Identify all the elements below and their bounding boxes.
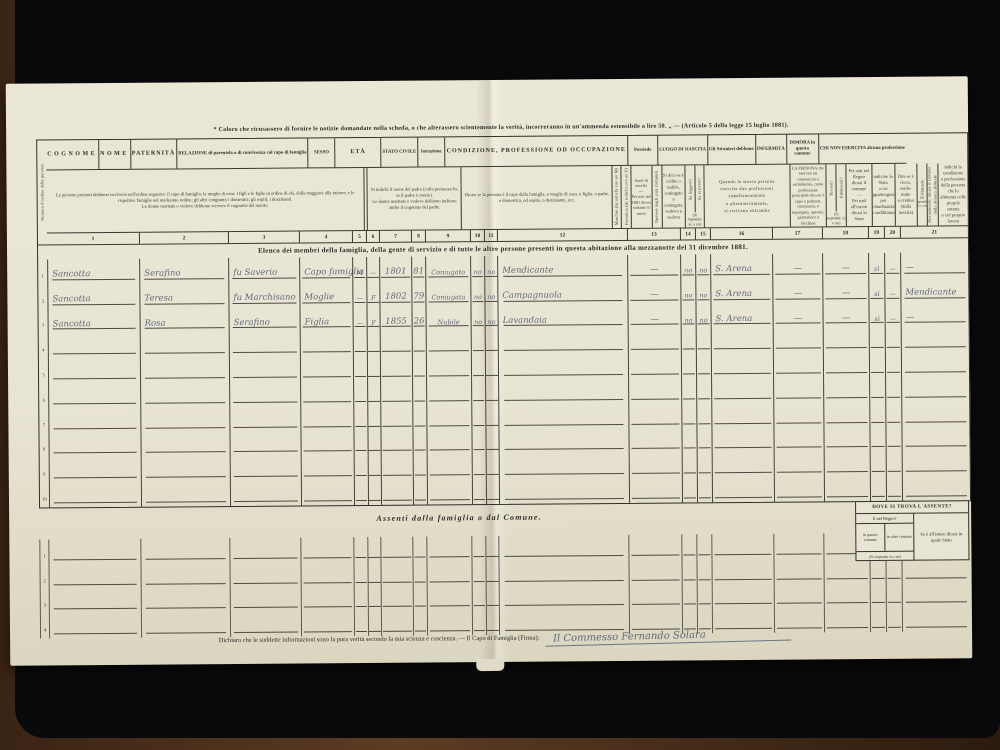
cell-occasionale: — bbox=[884, 253, 900, 278]
altro-comune-label: in altro comune bbox=[884, 524, 913, 551]
cell-legge: no bbox=[470, 256, 484, 281]
column-number: 14 bbox=[680, 228, 695, 239]
cell-nascita bbox=[711, 427, 773, 452]
cell-occasionale: — bbox=[884, 278, 900, 303]
column-header-eta: ETÀ bbox=[334, 138, 380, 168]
cell-chi_non bbox=[902, 451, 970, 476]
cell-relazione bbox=[300, 431, 353, 456]
cell-fabbricati bbox=[696, 353, 711, 378]
cell-stato bbox=[427, 479, 472, 504]
column-number: 18 bbox=[822, 227, 868, 238]
cell-abituale bbox=[870, 582, 886, 607]
cell-m bbox=[353, 562, 367, 587]
cell-anno: 1855 bbox=[379, 306, 411, 331]
cell-stato: Coniugata bbox=[425, 281, 470, 306]
cell-anni bbox=[413, 480, 427, 505]
cell-straniero bbox=[773, 377, 823, 402]
sa-leggere-label: Sa leggere? bbox=[687, 178, 693, 200]
cell-paternita: fu Saverio bbox=[228, 257, 299, 282]
cell-relazione: Capo famiglia bbox=[299, 257, 352, 282]
cell-professione bbox=[498, 428, 628, 454]
cell-professione bbox=[498, 404, 628, 430]
cell-n: 3 bbox=[40, 589, 49, 614]
cell-nome bbox=[140, 407, 229, 432]
cell-professione: Mendicante bbox=[497, 255, 627, 281]
cell-chi_non: Mendicante bbox=[900, 277, 968, 302]
cell-fabbricati bbox=[696, 329, 711, 354]
cell-nome: Rosa bbox=[139, 308, 228, 333]
cell-m bbox=[354, 587, 368, 612]
cell-chi_non bbox=[901, 327, 969, 352]
dimora-nota: (Si risponda: sì, o no) bbox=[917, 196, 927, 209]
dove-nota: (Si risponda sì o no) bbox=[856, 551, 913, 561]
penalty-note: * Coloro che ricusassero di fornire le n… bbox=[106, 121, 896, 134]
column-number: 4 bbox=[299, 231, 352, 242]
column-number: 6 bbox=[366, 231, 379, 242]
cell-relazione: Moglie bbox=[299, 282, 352, 307]
column-number: 9 bbox=[425, 230, 470, 241]
cell-straniero bbox=[773, 353, 823, 378]
cell-fabbricati: no bbox=[695, 254, 710, 279]
cell-nome bbox=[140, 432, 229, 457]
column-header-possiede: Possiede bbox=[627, 136, 657, 166]
cell-stato bbox=[426, 405, 471, 430]
regno-label: È nel Regno? bbox=[856, 514, 913, 524]
column-number: 5 bbox=[352, 231, 366, 242]
cell-relazione bbox=[301, 480, 354, 505]
cell-cognome: Sancotta bbox=[47, 308, 139, 334]
cell-f: F bbox=[366, 282, 379, 307]
cell-fabbricati bbox=[696, 534, 711, 559]
cell-anni bbox=[412, 536, 426, 561]
questo-comune-label: in questo comune bbox=[856, 524, 884, 551]
cell-legge bbox=[471, 430, 485, 455]
stato-civile-instructions: Si dica se è celibe o nubile, coniugato … bbox=[663, 173, 684, 221]
cell-fabbricati bbox=[696, 559, 711, 584]
cell-relazione bbox=[301, 587, 354, 612]
declaration-text: Dichiaro che le suddette informazioni so… bbox=[219, 635, 540, 645]
cell-nascita: S. Arena bbox=[710, 254, 772, 279]
cell-infermita bbox=[824, 583, 870, 608]
cell-anno bbox=[380, 537, 412, 562]
column-header-istruzione: Istruzione bbox=[417, 137, 444, 167]
column-number: 10 bbox=[470, 230, 484, 241]
column-header-chi-non-esercita: CHI NON ESERCITA alcuna professione bbox=[818, 134, 906, 165]
cell-legge bbox=[472, 454, 486, 479]
la-persona-instructions: LA PERSONA che esercita un commercio o u… bbox=[790, 165, 825, 225]
cell-nascita bbox=[711, 403, 773, 428]
cell-cognome bbox=[49, 588, 141, 614]
cell-chi_non bbox=[902, 582, 970, 607]
cell-relazione bbox=[300, 356, 353, 381]
cell-anno: 1801 bbox=[379, 257, 411, 282]
cell-m: — bbox=[352, 307, 366, 332]
column-header-relazione: RELAZIONE di parentela o di convivenza c… bbox=[176, 138, 307, 169]
cell-straniero: — bbox=[772, 303, 822, 328]
cell-legge: no bbox=[470, 306, 484, 331]
cell-terreni bbox=[681, 354, 696, 379]
column-header-luogo-nascita: LUOGO DI NASCITA bbox=[657, 135, 707, 165]
cell-occasionale bbox=[885, 377, 901, 402]
cell-straniero bbox=[773, 328, 823, 353]
absent-location-box: DOVE SI TROVA L'ASSENTE? È nel Regno? in… bbox=[855, 500, 969, 561]
cell-relazione bbox=[300, 331, 353, 356]
cell-legge bbox=[471, 380, 485, 405]
cell-f bbox=[368, 586, 381, 611]
cell-anno bbox=[381, 586, 413, 611]
cell-nascita: S. Arena bbox=[710, 303, 772, 328]
cell-anni: 79 bbox=[411, 281, 425, 306]
infermita-instructions: Dire se è cieco, sordo-muto o cretino (d… bbox=[896, 174, 915, 216]
cell-n: 8 bbox=[39, 433, 48, 458]
estero-label: Se è all'estero dicasi in quale Stato bbox=[914, 513, 968, 560]
cell-anno bbox=[380, 405, 412, 430]
cell-stato bbox=[426, 561, 471, 586]
cell-f bbox=[367, 562, 380, 587]
cell-paternita bbox=[229, 431, 300, 456]
cell-n: 2 bbox=[38, 284, 47, 309]
cell-f bbox=[367, 381, 380, 406]
column-header-nome: NOME bbox=[98, 140, 130, 170]
cell-straniero bbox=[774, 477, 824, 502]
cell-scrive bbox=[485, 405, 498, 430]
column-number: 20 bbox=[884, 227, 900, 238]
cell-nascita bbox=[711, 378, 773, 403]
cell-persona bbox=[628, 378, 681, 403]
cell-infermita bbox=[823, 327, 869, 352]
cell-m bbox=[353, 331, 367, 356]
cell-straniero bbox=[774, 583, 824, 608]
cell-chi_non: — bbox=[900, 302, 968, 327]
cell-n: 7 bbox=[39, 408, 48, 433]
cell-nascita bbox=[711, 559, 773, 584]
cell-anno: 1802 bbox=[379, 281, 411, 306]
cell-straniero bbox=[773, 533, 823, 558]
cell-occasionale: — bbox=[884, 302, 900, 327]
cell-anno bbox=[380, 381, 412, 406]
cell-m bbox=[354, 480, 368, 505]
cell-paternita bbox=[230, 456, 301, 481]
cell-terreni bbox=[681, 428, 696, 453]
cell-cognome bbox=[49, 482, 141, 508]
cell-paternita bbox=[229, 357, 300, 382]
cell-persona bbox=[628, 559, 681, 584]
cell-occasionale bbox=[885, 426, 901, 451]
cell-stato: Coniugato bbox=[425, 256, 470, 281]
cell-fabbricati bbox=[697, 453, 712, 478]
cell-infermita: — bbox=[822, 303, 868, 328]
sesso-maschio-label: Maschio (Si indichi con un M) bbox=[614, 168, 620, 225]
cell-scrive bbox=[485, 430, 498, 455]
cell-nascita bbox=[712, 452, 774, 477]
cell-legge bbox=[472, 479, 486, 504]
cell-anni: 81 bbox=[411, 256, 425, 281]
cell-paternita bbox=[229, 406, 300, 431]
column-header-cognome: COGNOME bbox=[46, 140, 98, 170]
cell-n: 4 bbox=[39, 334, 48, 359]
cell-n: 6 bbox=[39, 383, 48, 408]
cell-n: 1 bbox=[39, 539, 48, 564]
cell-m: M bbox=[352, 257, 366, 282]
cell-paternita bbox=[230, 481, 301, 506]
cell-chi_non: — bbox=[900, 252, 968, 277]
cell-anni: 26 bbox=[411, 306, 425, 331]
cell-abituale bbox=[870, 476, 886, 501]
cell-anni bbox=[412, 430, 426, 455]
cell-fabbricati bbox=[696, 403, 711, 428]
cell-terreni bbox=[681, 329, 696, 354]
cell-fabbricati bbox=[696, 428, 711, 453]
cell-scrive bbox=[485, 536, 498, 561]
signature: Il Commesso Fernando Solara bbox=[545, 627, 791, 646]
column-number: 21 bbox=[900, 226, 968, 238]
luogo-instructions: Pei nati nel Regno dicasi il comune — Pe… bbox=[848, 168, 871, 222]
cell-infermita: — bbox=[822, 278, 868, 303]
relazione-instructions: Dicasi se la persona è il capo della fam… bbox=[463, 191, 611, 204]
cell-scrive: no bbox=[484, 256, 497, 281]
cell-nome bbox=[141, 481, 230, 506]
cell-terreni bbox=[681, 378, 696, 403]
cell-persona bbox=[629, 453, 682, 478]
column-header-condizione: CONDIZIONE, PROFESSIONE OD OCCUPAZIONE bbox=[444, 136, 627, 167]
cell-chi_non bbox=[901, 426, 969, 451]
cell-persona bbox=[628, 428, 681, 453]
cell-legge: no bbox=[470, 281, 484, 306]
cell-anni bbox=[413, 455, 427, 480]
cell-professione bbox=[499, 585, 629, 611]
cell-terreni: no bbox=[680, 279, 695, 304]
cell-cognome: Sancotta bbox=[47, 259, 139, 285]
cell-relazione: Figlia bbox=[299, 307, 352, 332]
cell-stato bbox=[427, 586, 472, 611]
cell-persona bbox=[628, 354, 681, 379]
cell-anni bbox=[412, 356, 426, 381]
cell-nascita bbox=[712, 477, 774, 502]
paternita-instructions: Si indichi il nome del padre (colla prem… bbox=[369, 186, 460, 211]
cell-anno bbox=[381, 455, 413, 480]
chi-non-instructions: indichi la condizione o professione dell… bbox=[940, 164, 967, 224]
cell-legge bbox=[471, 405, 485, 430]
cell-stato bbox=[426, 536, 471, 561]
cell-abituale bbox=[869, 426, 885, 451]
cell-legge bbox=[471, 561, 485, 586]
cell-scrive: no bbox=[484, 306, 497, 331]
cell-paternita: Serafino bbox=[228, 307, 299, 332]
cell-persona bbox=[629, 584, 682, 609]
cell-professione bbox=[499, 478, 629, 504]
cell-scrive bbox=[485, 380, 498, 405]
cell-cognome bbox=[48, 383, 140, 409]
cell-occasionale bbox=[886, 451, 902, 476]
cell-chi_non bbox=[902, 475, 970, 500]
cell-legge bbox=[471, 355, 485, 380]
cell-abituale bbox=[869, 402, 885, 427]
cell-occasionale bbox=[885, 327, 901, 352]
column-header-stranieri: Gli Stranieri debbono bbox=[707, 135, 755, 165]
cell-infermita bbox=[823, 402, 869, 427]
sesso-femmina-label: Femmina (Si indichi con un F) bbox=[623, 168, 629, 225]
cell-scrive bbox=[485, 330, 498, 355]
cell-scrive bbox=[486, 586, 499, 611]
cell-infermita: — bbox=[822, 253, 868, 278]
cell-paternita bbox=[229, 332, 300, 357]
cell-professione bbox=[499, 453, 629, 479]
cell-nome bbox=[141, 456, 230, 481]
cell-anni bbox=[412, 331, 426, 356]
cell-terreni: no bbox=[680, 304, 695, 329]
cell-scrive bbox=[485, 355, 498, 380]
cell-legge bbox=[472, 586, 486, 611]
column-header-stato-civile: STATO CIVILE bbox=[380, 138, 417, 168]
anno-nascita-label: Anno di nascita — Pei nati nel 1881 dice… bbox=[631, 178, 651, 216]
column-number: 16 bbox=[710, 228, 772, 239]
cell-cognome bbox=[48, 408, 140, 434]
cell-nome bbox=[140, 357, 229, 382]
cell-persona: — bbox=[627, 279, 680, 304]
cell-fabbricati: no bbox=[695, 279, 710, 304]
cell-relazione bbox=[301, 455, 354, 480]
column-number: 15 bbox=[695, 228, 710, 239]
column-number: 17 bbox=[772, 227, 822, 238]
cell-nome bbox=[141, 563, 230, 588]
cell-straniero bbox=[773, 558, 823, 583]
column-number: 19 bbox=[868, 227, 884, 238]
cell-stato bbox=[427, 455, 472, 480]
cell-anni bbox=[412, 561, 426, 586]
cell-f bbox=[368, 455, 381, 480]
cell-f bbox=[367, 356, 380, 381]
cell-m bbox=[353, 431, 367, 456]
cell-anni bbox=[412, 380, 426, 405]
table-header: Numero d'ordine delle persone COGNOME NO… bbox=[37, 133, 968, 244]
cell-chi_non bbox=[901, 557, 969, 582]
cell-relazione bbox=[300, 406, 353, 431]
assenti-caption: Assenti dalla famiglia o dal Comune. bbox=[39, 510, 879, 526]
istruzione-nota: (Si risponda: sì, o no) bbox=[686, 212, 703, 227]
cell-abituale bbox=[869, 327, 885, 352]
cell-abituale bbox=[869, 377, 885, 402]
cell-professione: Lavandaia bbox=[497, 305, 627, 331]
cell-nascita bbox=[712, 583, 774, 608]
sa-scrivere-label: Sa scrivere? bbox=[696, 177, 702, 200]
column-number: 1 bbox=[47, 233, 139, 245]
cell-relazione bbox=[300, 381, 353, 406]
cell-paternita bbox=[229, 537, 300, 562]
column-number: 3 bbox=[228, 231, 299, 243]
cell-nome: Serafino bbox=[139, 258, 228, 283]
cell-f bbox=[367, 331, 380, 356]
cell-abituale bbox=[869, 558, 885, 583]
cell-scrive bbox=[485, 561, 498, 586]
cell-m bbox=[353, 381, 367, 406]
cell-anno bbox=[381, 480, 413, 505]
cell-infermita bbox=[824, 476, 870, 501]
cell-n: 3 bbox=[39, 309, 48, 334]
cell-paternita bbox=[230, 587, 301, 612]
cell-anno bbox=[380, 561, 412, 586]
cell-persona: — bbox=[627, 254, 680, 279]
cell-infermita bbox=[823, 427, 869, 452]
photo-scene: * Coloro che ricusassero di fornire le n… bbox=[0, 0, 1000, 750]
cell-n: 1 bbox=[38, 259, 47, 284]
cell-f: F bbox=[366, 306, 379, 331]
cell-terreni bbox=[681, 559, 696, 584]
anni-compiuti-label: Numero degli anni compiuti bbox=[654, 170, 660, 223]
cell-scrive bbox=[486, 454, 499, 479]
fabbricati-label: Fabbricati? bbox=[838, 177, 844, 198]
cell-abituale: sì bbox=[868, 278, 884, 303]
cell-m bbox=[353, 537, 367, 562]
cell-legge bbox=[471, 330, 485, 355]
cell-scrive: no bbox=[484, 281, 497, 306]
cell-relazione bbox=[300, 562, 353, 587]
cell-paternita bbox=[229, 562, 300, 587]
cell-straniero bbox=[773, 427, 823, 452]
cell-occasionale bbox=[885, 402, 901, 427]
column-header-infermita: INFERMITÀ bbox=[755, 135, 786, 165]
cell-terreni bbox=[682, 584, 697, 609]
cell-n: 10 bbox=[40, 483, 49, 508]
cell-cognome bbox=[48, 358, 140, 384]
cell-m bbox=[353, 406, 367, 431]
column-number: 8 bbox=[411, 230, 425, 241]
cell-anni bbox=[413, 586, 427, 611]
census-sheet: * Coloro che ricusassero di fornire le n… bbox=[6, 76, 973, 666]
column-number: 13 bbox=[627, 228, 680, 239]
cell-fabbricati: no bbox=[695, 304, 710, 329]
cell-stato: Nubile bbox=[425, 306, 470, 331]
table-body: 1SancottaSerafinofu SaverioCapo famiglia… bbox=[38, 252, 970, 507]
cell-paternita: fu Marchisano bbox=[228, 282, 299, 307]
cell-nome bbox=[141, 588, 230, 613]
cell-nome: Teresa bbox=[139, 283, 228, 308]
cell-nascita: S. Arena bbox=[710, 279, 772, 304]
cell-n: 5 bbox=[39, 359, 48, 384]
cell-m: — bbox=[352, 282, 366, 307]
column-number: 11 bbox=[484, 230, 497, 241]
cell-infermita bbox=[824, 451, 870, 476]
cell-abituale bbox=[870, 451, 886, 476]
cell-cognome bbox=[49, 564, 141, 590]
cell-anno bbox=[380, 430, 412, 455]
column-number: 2 bbox=[139, 232, 228, 244]
cell-stato bbox=[426, 331, 471, 356]
condizione-instructions: Quando la stessa persona esercita due pr… bbox=[704, 177, 790, 214]
cell-professione bbox=[498, 329, 628, 355]
cell-nascita bbox=[711, 328, 773, 353]
column-header-paternita: PATERNITÀ bbox=[130, 139, 177, 169]
cell-paternita bbox=[229, 381, 300, 406]
cell-stato bbox=[426, 430, 471, 455]
cell-n: 2 bbox=[40, 564, 49, 589]
cell-persona bbox=[628, 329, 681, 354]
cell-professione bbox=[498, 535, 628, 561]
cell-abituale bbox=[869, 352, 885, 377]
cell-n: 9 bbox=[40, 458, 49, 483]
cell-chi_non bbox=[901, 401, 969, 426]
cell-fabbricati bbox=[696, 378, 711, 403]
cell-scrive bbox=[486, 479, 499, 504]
cell-nome bbox=[140, 538, 229, 563]
cell-legge bbox=[471, 536, 485, 561]
cell-anni bbox=[412, 405, 426, 430]
dove-title: DOVE SI TROVA L'ASSENTE? bbox=[856, 501, 968, 514]
cell-infermita bbox=[823, 558, 869, 583]
cell-stato bbox=[426, 380, 471, 405]
cell-m bbox=[353, 356, 367, 381]
cell-cognome bbox=[48, 432, 140, 458]
cell-f bbox=[367, 537, 380, 562]
